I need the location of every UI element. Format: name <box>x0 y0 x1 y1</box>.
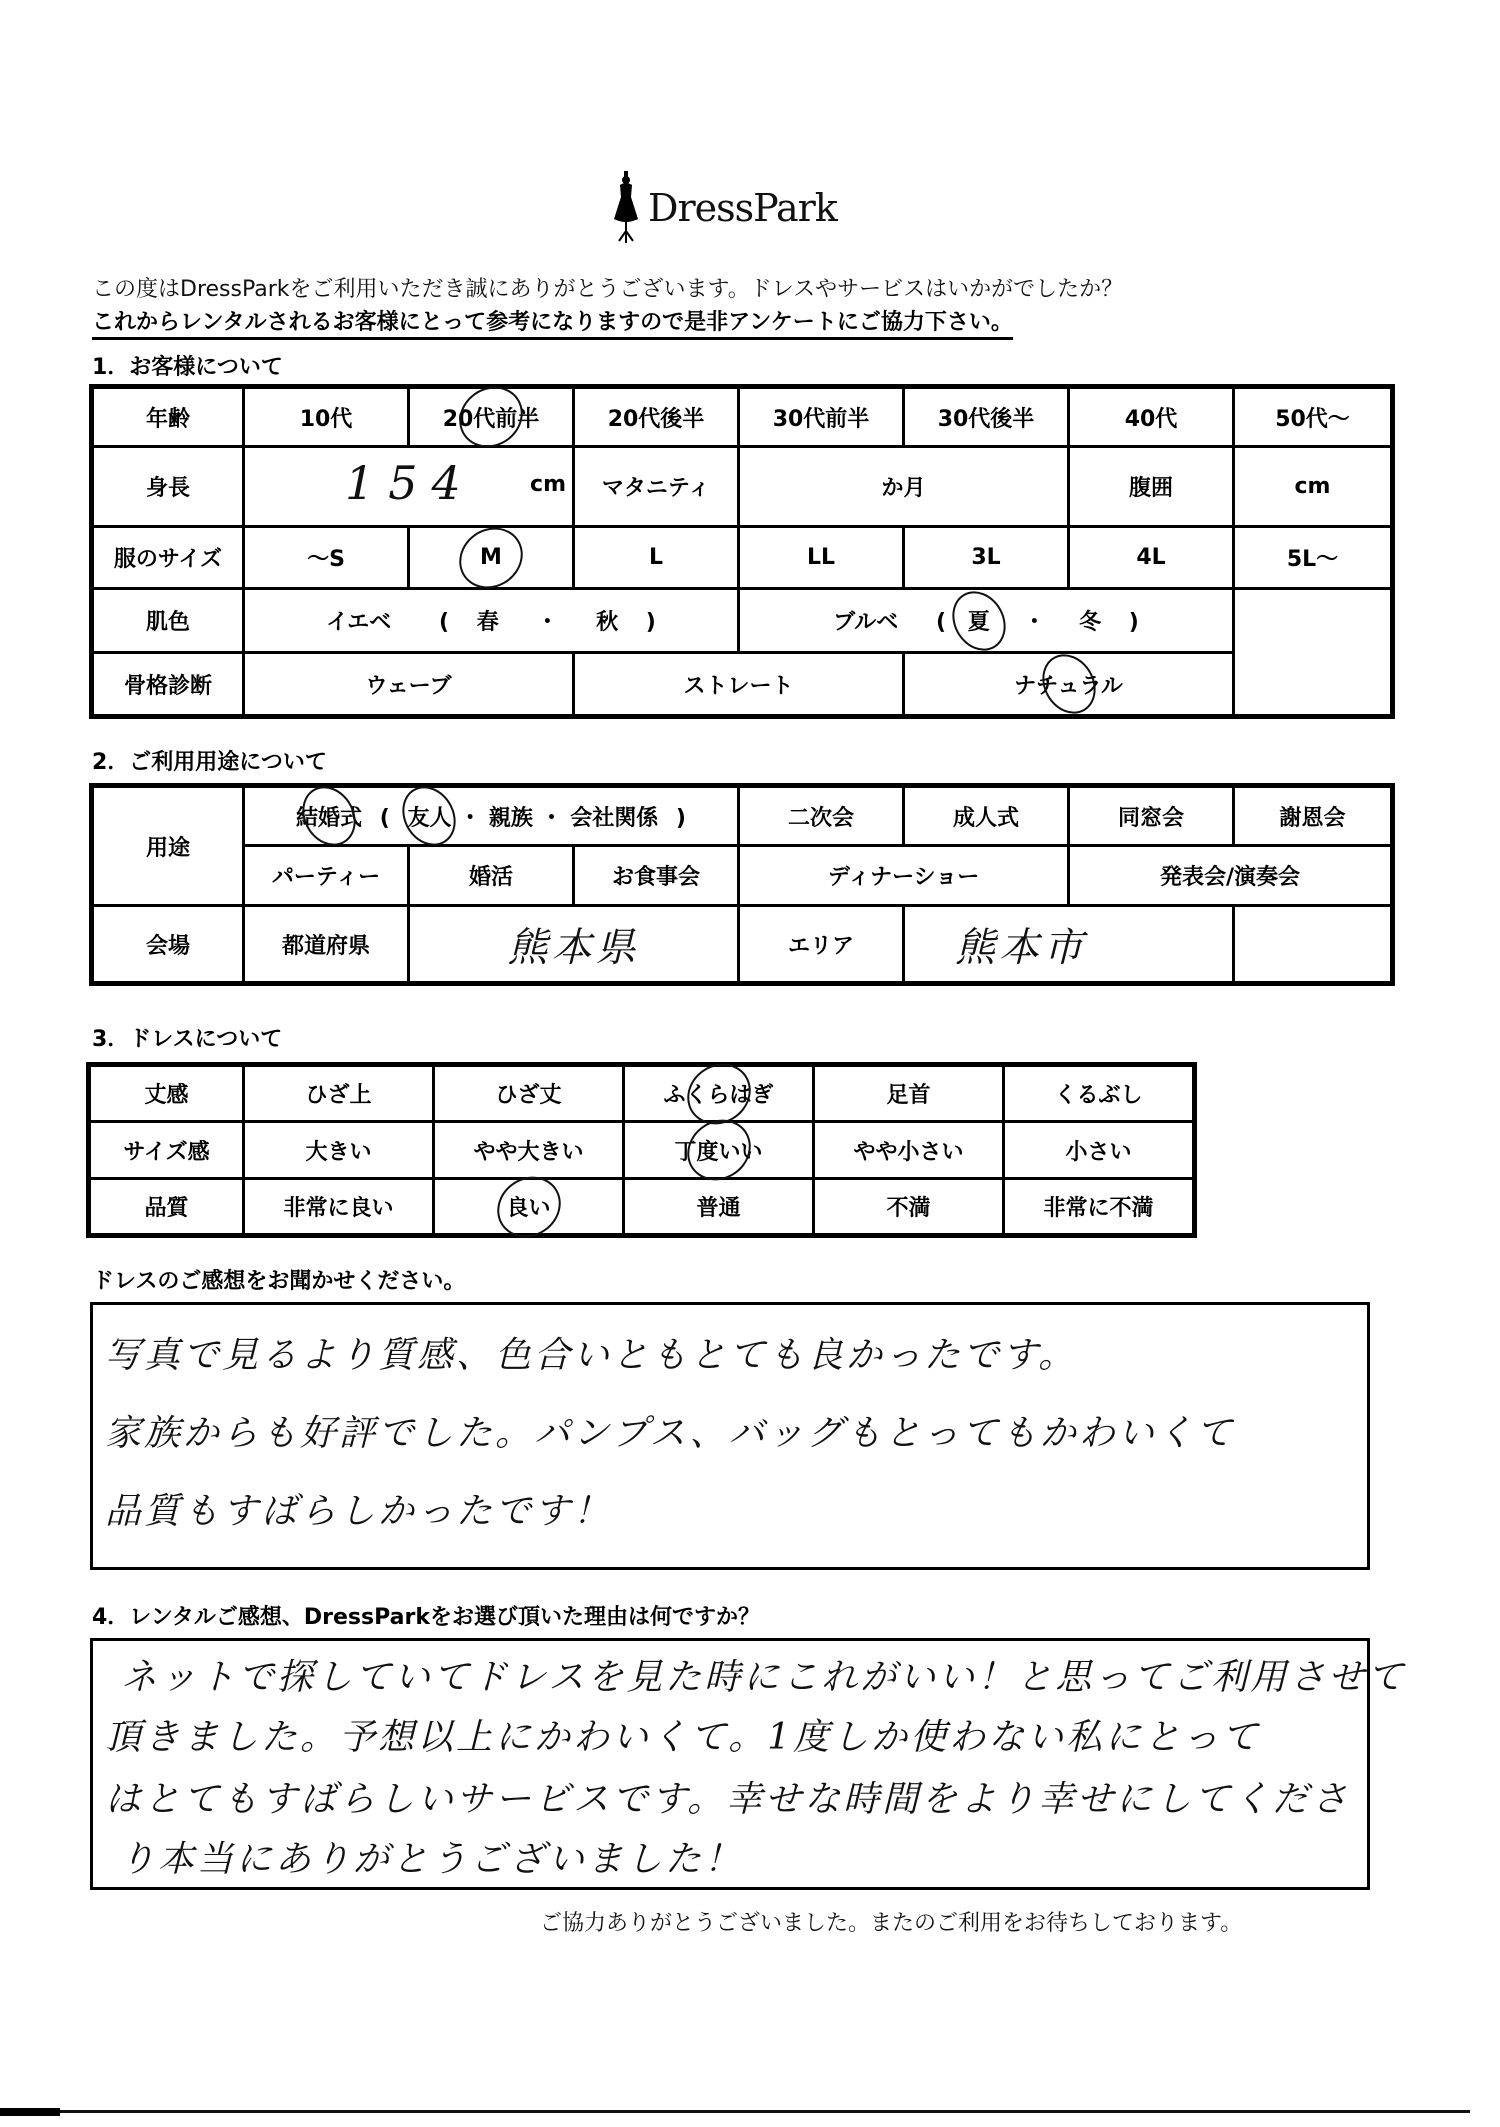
months-unit: か月 <box>881 476 925 501</box>
prefecture-field[interactable]: 熊本県 <box>409 906 739 984</box>
quality-option[interactable]: 不満 <box>814 1179 1004 1236</box>
purpose-row-2: パーティー 婚活 お食事会 ディナーショー 発表会/演奏会 <box>92 846 1393 906</box>
purpose-option[interactable]: 二次会 <box>739 786 904 846</box>
thank-you-message: ご協力ありがとうございました。またのご利用をお待ちしております。 <box>540 1906 1242 1937</box>
paren-open: ( <box>380 806 390 831</box>
wedding-label-selected: 結婚式 <box>296 801 362 832</box>
frame-option[interactable]: ウェーブ <box>244 653 574 717</box>
height-value: 154 <box>345 456 475 510</box>
quality-option[interactable]: 普通 <box>624 1179 814 1236</box>
purpose-option[interactable]: パーティー <box>244 846 409 906</box>
frame-option[interactable]: ストレート <box>574 653 904 717</box>
length-option[interactable]: 足首 <box>814 1065 1004 1122</box>
area-value: 熊本市 <box>955 925 1087 971</box>
paren-close: ) <box>676 806 686 831</box>
brand-name: DressPark <box>648 186 837 230</box>
feedback-line: ネットで探していてドレスを見た時にこれがいい！と思ってご利用させて <box>121 1649 1406 1700</box>
age-option-selected[interactable]: 20代前半 <box>409 387 574 447</box>
feedback-line: 写真で見るより質感、色合いともとても良かったです。 <box>105 1327 1077 1378</box>
fit-option[interactable]: 大きい <box>244 1122 434 1179</box>
fit-option-selected[interactable]: 丁度いい <box>624 1122 814 1179</box>
separator-dot: ・ <box>1023 610 1045 635</box>
section-1-title: 1．お客様について <box>92 350 283 381</box>
height-unit: cm <box>530 472 566 497</box>
purpose-row-1: 用途 結婚式 ( 友人 ・ 親族 ・ 会社関係 ) 二次会 成人式 同窓会 謝恩… <box>92 786 1393 846</box>
waist-unit: cm <box>1295 474 1331 499</box>
wedding-option-friend-selected[interactable]: 友人 <box>407 801 451 832</box>
intro-request: これからレンタルされるお客様にとって参考になりますので是非アンケートにご協力下さ… <box>92 305 1013 340</box>
age-option[interactable]: 50代～ <box>1234 387 1393 447</box>
paren-open: ( <box>439 610 449 635</box>
yellow-base-label: イエベ <box>326 610 391 635</box>
length-option[interactable]: ひざ丈 <box>434 1065 624 1122</box>
section-4-title: 4．レンタルご感想、DressParkをお選び頂いた理由は何ですか？ <box>92 1600 760 1631</box>
skin-option-autumn[interactable]: 秋 <box>596 610 618 635</box>
blue-base-label: ブルベ <box>833 610 898 635</box>
age-option[interactable]: 10代 <box>244 387 409 447</box>
dress-feedback-textarea[interactable]: 写真で見るより質感、色合いともとても良かったです。 家族からも好評でした。パンプ… <box>90 1302 1370 1570</box>
separator-dot: ・ <box>536 610 558 635</box>
purpose-option[interactable]: 発表会/演奏会 <box>1069 846 1393 906</box>
purpose-option[interactable]: 謝恩会 <box>1234 786 1393 846</box>
length-label: 丈感 <box>89 1065 244 1122</box>
prefecture-label: 都道府県 <box>244 906 409 984</box>
size-option[interactable]: 4L <box>1069 527 1234 589</box>
waist-label: 腹囲 <box>1069 447 1234 527</box>
quality-option[interactable]: 非常に良い <box>244 1179 434 1236</box>
size-option-selected[interactable]: M <box>409 527 574 589</box>
skin-label: 肌色 <box>92 589 244 653</box>
wedding-option-company[interactable]: 会社関係 <box>570 806 658 831</box>
purpose-option[interactable]: ディナーショー <box>739 846 1069 906</box>
dress-form-icon <box>612 171 640 245</box>
skin-option-spring[interactable]: 春 <box>477 610 499 635</box>
usage-table: 用途 結婚式 ( 友人 ・ 親族 ・ 会社関係 ) 二次会 成人式 同窓会 謝恩… <box>89 783 1395 986</box>
venue-row: 会場 都道府県 熊本県 エリア 熊本市 <box>92 906 1393 984</box>
size-option[interactable]: L <box>574 527 739 589</box>
frame-option-selected[interactable]: ナチュラル <box>904 653 1234 717</box>
blank-cell <box>1234 653 1393 717</box>
fit-option[interactable]: 小さい <box>1004 1122 1195 1179</box>
paren-close: ) <box>1129 610 1139 635</box>
skin-option-winter[interactable]: 冬 <box>1079 610 1101 635</box>
feedback-line: 家族からも好評でした。パンプス、バッグもとってもかわいくて <box>105 1405 1235 1456</box>
feedback-line: 品質もすばらしかったです！ <box>105 1483 612 1534</box>
section-2-title: 2．ご利用用途について <box>92 745 327 776</box>
separator-dot: ・ <box>541 806 563 831</box>
quality-row: 品質 非常に良い 良い 普通 不満 非常に不満 <box>89 1179 1195 1236</box>
length-option-selected[interactable]: ふくらはぎ <box>624 1065 814 1122</box>
page-divider <box>0 2110 1470 2113</box>
dress-table: 丈感 ひざ上 ひざ丈 ふくらはぎ 足首 くるぶし サイズ感 大きい やや大きい … <box>86 1062 1197 1238</box>
age-option[interactable]: 30代後半 <box>904 387 1069 447</box>
wedding-option[interactable]: 結婚式 ( 友人 ・ 親族 ・ 会社関係 ) <box>244 786 739 846</box>
size-option[interactable]: ～S <box>244 527 409 589</box>
scan-artifact <box>0 2108 60 2116</box>
age-row: 年齢 10代 20代前半 20代後半 30代前半 30代後半 40代 50代～ <box>92 387 1393 447</box>
paren-close: ) <box>646 610 656 635</box>
paren-open: ( <box>936 610 946 635</box>
purpose-option[interactable]: 成人式 <box>904 786 1069 846</box>
prefecture-value: 熊本県 <box>508 925 640 971</box>
size-option[interactable]: 5L～ <box>1234 527 1393 589</box>
size-row: 服のサイズ ～S M L LL 3L 4L 5L～ <box>92 527 1393 589</box>
age-option[interactable]: 40代 <box>1069 387 1234 447</box>
area-label: エリア <box>739 906 904 984</box>
blank-cell <box>1234 906 1393 984</box>
purpose-option[interactable]: 婚活 <box>409 846 574 906</box>
purpose-label: 用途 <box>92 786 244 906</box>
purpose-option[interactable]: 同窓会 <box>1069 786 1234 846</box>
frame-selected-text: ナチュラル <box>1010 669 1127 700</box>
fit-row: サイズ感 大きい やや大きい 丁度いい やや小さい 小さい <box>89 1122 1195 1179</box>
blue-base-option[interactable]: ブルベ ( 夏 ・ 冬 ) <box>739 589 1234 653</box>
skin-option-summer-selected[interactable]: 夏 <box>968 605 990 636</box>
venue-label: 会場 <box>92 906 244 984</box>
separator-dot: ・ <box>459 806 481 831</box>
rental-feedback-textarea[interactable]: ネットで探していてドレスを見た時にこれがいい！と思ってご利用させて 頂きました。… <box>90 1638 1370 1890</box>
frame-label: 骨格診断 <box>92 653 244 717</box>
waist-field[interactable]: cm <box>1234 447 1393 527</box>
feedback-line: り本当にありがとうございました！ <box>119 1831 743 1882</box>
wedding-option-relative[interactable]: 親族 <box>489 806 533 831</box>
maternity-months-field[interactable]: か月 <box>739 447 1069 527</box>
customer-info-table: 年齢 10代 20代前半 20代後半 30代前半 30代後半 40代 50代～ … <box>89 384 1395 719</box>
age-option[interactable]: 20代後半 <box>574 387 739 447</box>
length-option[interactable]: くるぶし <box>1004 1065 1195 1122</box>
purpose-option[interactable]: お食事会 <box>574 846 739 906</box>
quality-option[interactable]: 非常に不満 <box>1004 1179 1195 1236</box>
quality-option-selected[interactable]: 良い <box>434 1179 624 1236</box>
fit-option[interactable]: やや小さい <box>814 1122 1004 1179</box>
intro-text: この度はDressParkをご利用いただき誠にありがとうございます。ドレスやサー… <box>92 272 1123 303</box>
size-label: 服のサイズ <box>92 527 244 589</box>
dress-feedback-prompt: ドレスのご感想をお聞かせください。 <box>92 1264 465 1295</box>
height-field[interactable]: 154 cm <box>244 447 574 527</box>
frame-row: 骨格診断 ウェーブ ストレート ナチュラル <box>92 653 1393 717</box>
feedback-line: 頂きました。予想以上にかわいくて。1度しか使わない私にとって <box>105 1709 1260 1760</box>
height-label: 身長 <box>92 447 244 527</box>
size-option[interactable]: 3L <box>904 527 1069 589</box>
feedback-line: はとてもすばらしいサービスです。幸せな時間をより幸せにしてくださ <box>105 1771 1350 1822</box>
blank-cell <box>1234 589 1393 653</box>
quality-label: 品質 <box>89 1179 244 1236</box>
size-option[interactable]: LL <box>739 527 904 589</box>
yellow-base-option[interactable]: イエベ ( 春 ・ 秋 ) <box>244 589 739 653</box>
fit-label: サイズ感 <box>89 1122 244 1179</box>
height-row: 身長 154 cm マタニティ か月 腹囲 cm <box>92 447 1393 527</box>
age-option[interactable]: 30代前半 <box>739 387 904 447</box>
area-field[interactable]: 熊本市 <box>904 906 1234 984</box>
skin-row: 肌色 イエベ ( 春 ・ 秋 ) ブルベ ( 夏 ・ 冬 ) <box>92 589 1393 653</box>
length-option[interactable]: ひざ上 <box>244 1065 434 1122</box>
length-row: 丈感 ひざ上 ひざ丈 ふくらはぎ 足首 くるぶし <box>89 1065 1195 1122</box>
fit-option[interactable]: やや大きい <box>434 1122 624 1179</box>
brand-logo: DressPark <box>612 168 837 248</box>
maternity-label: マタニティ <box>574 447 739 527</box>
section-3-title: 3．ドレスについて <box>92 1022 282 1053</box>
age-label: 年齢 <box>92 387 244 447</box>
